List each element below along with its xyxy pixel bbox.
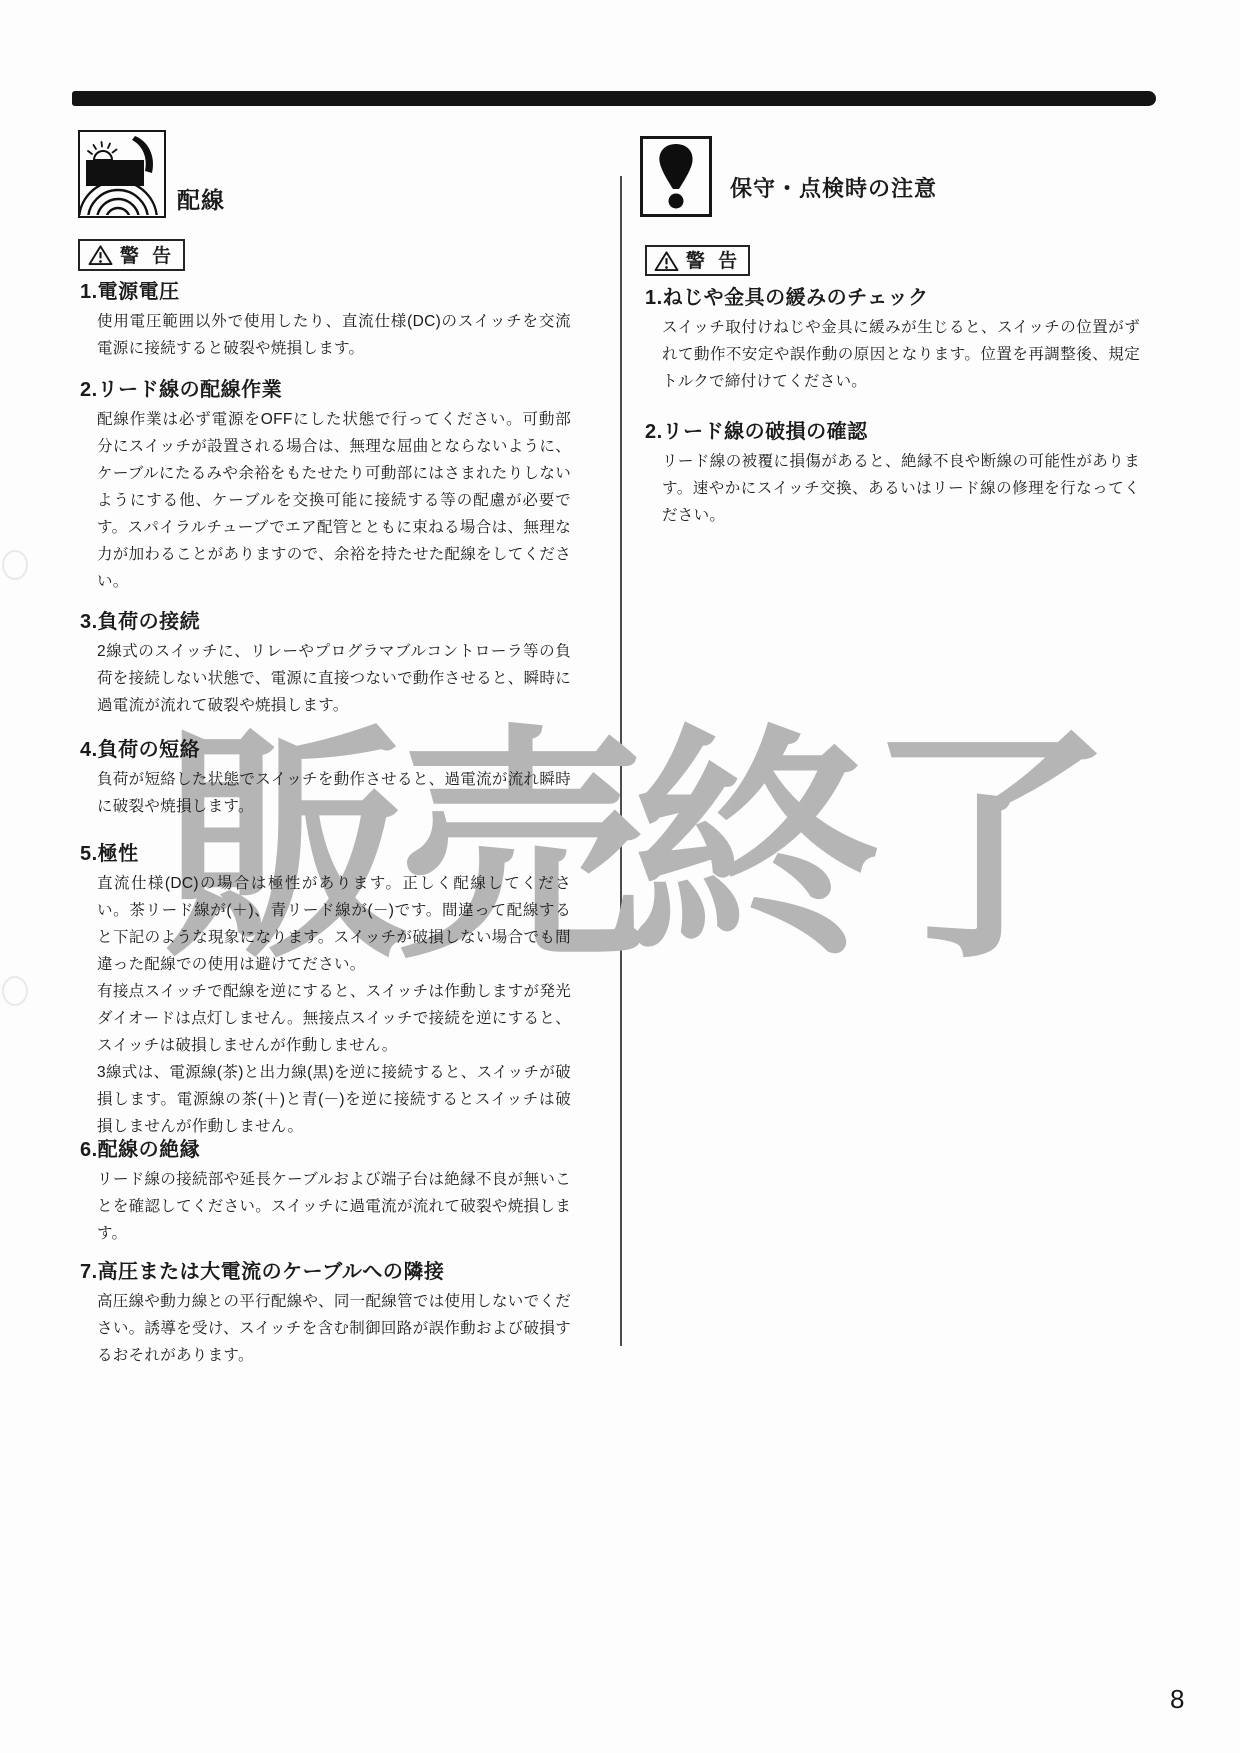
section-title: 2.リード線の破損の確認	[645, 418, 1140, 446]
warning-badge: 警 告	[645, 245, 750, 276]
section-body: スイッチ取付けねじや金具に緩みが生じると、スイッチの位置がずれて動作不安定や誤作…	[662, 314, 1140, 395]
warning-triangle-icon	[654, 250, 679, 272]
chapter-title-maintenance: 保守・点検時の注意	[730, 172, 937, 203]
manual-page: 販売終了	[0, 0, 1240, 1753]
warning-label: 警 告	[686, 246, 741, 273]
right-column: 保守・点検時の注意 警 告 1.ねじや金具の緩みのチェック スイッチ取付けねじや…	[0, 0, 1240, 1753]
section-title: 1.ねじや金具の緩みのチェック	[645, 284, 1140, 312]
section-body: リード線の被覆に損傷があると、絶縁不良や断線の可能性があります。速やかにスイッチ…	[662, 448, 1140, 529]
section-screw-loosening-check: 1.ねじや金具の緩みのチェック スイッチ取付けねじや金具に緩みが生じると、スイッ…	[645, 284, 1140, 395]
exclamation-icon	[640, 136, 712, 217]
section-lead-damage-check: 2.リード線の破損の確認 リード線の被覆に損傷があると、絶縁不良や断線の可能性が…	[645, 418, 1140, 529]
